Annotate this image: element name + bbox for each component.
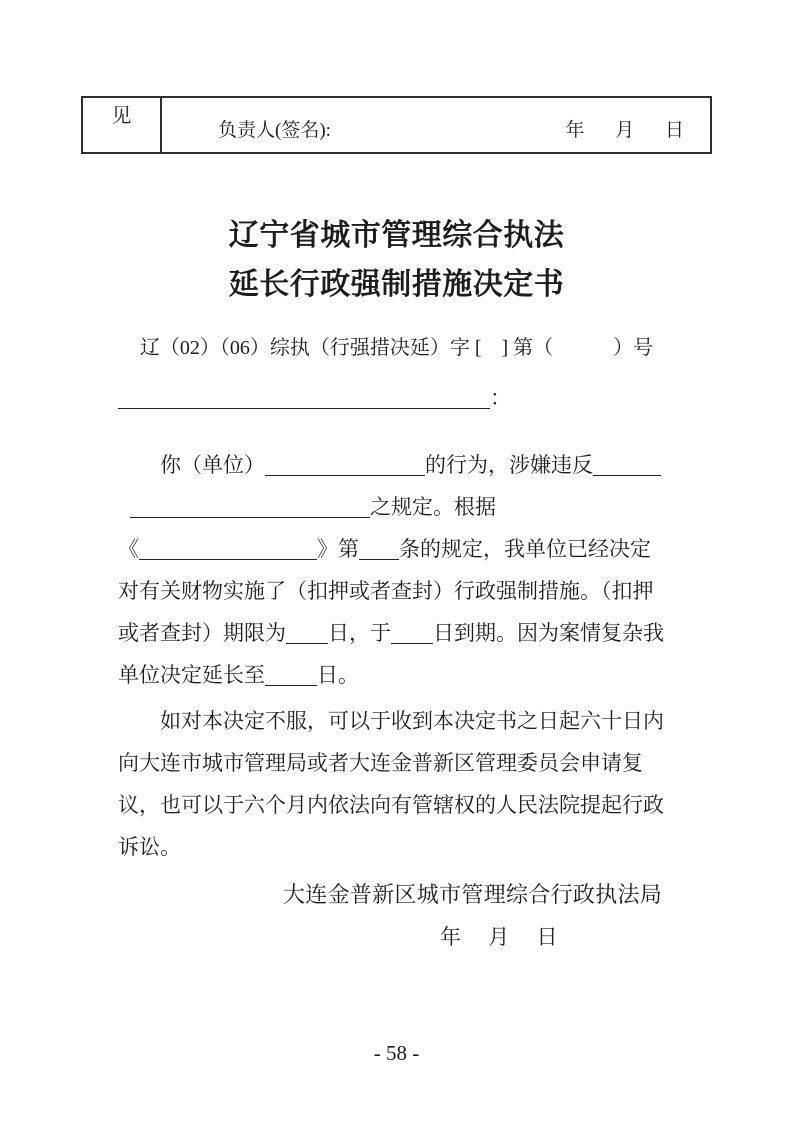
body-segment: 日到期。因为案情复杂我: [433, 621, 664, 645]
body-segment: 《: [118, 537, 139, 561]
body-segment: 如对本决定不服，可以于收到本决定书之日起六十日内: [160, 709, 664, 733]
body-line-7: 如对本决定不服，可以于收到本决定书之日起六十日内: [118, 700, 670, 742]
body-segment: 》第: [317, 537, 359, 561]
body-paragraph-2: 如对本决定不服，可以于收到本决定书之日起六十日内 向大连市城市管理局或者大连金普…: [118, 700, 670, 868]
body-segment: 或者查封）期限为: [118, 621, 286, 645]
issuing-agency-signature: 大连金普新区城市管理综合行政执法局: [283, 878, 662, 909]
document-title-line2: 延长行政强制措施决定书: [0, 260, 793, 309]
blank-field: [265, 453, 425, 476]
header-left-cell-text: 见: [112, 105, 132, 127]
body-segment: 你（单位）: [160, 453, 265, 477]
addressee-blank-field: [118, 386, 490, 409]
header-table: 见 负责人(签名): 年 月 日: [81, 96, 712, 154]
blank-field: [130, 495, 370, 518]
blank-field: [139, 537, 317, 560]
body-segment: 对有关财物实施了（扣押或者查封）行政强制措施。（扣押: [118, 579, 654, 603]
body-segment: 单位决定延长至: [118, 663, 265, 687]
blank-field: [265, 663, 317, 686]
header-table-left-cell: 见: [83, 98, 162, 152]
body-segment: 诉讼。: [118, 835, 181, 859]
body-text: 你（单位）的行为，涉嫌违反 之规定。根据 《》第条的规定，我单位已经决定 对有关…: [118, 444, 670, 868]
signature-date-placeholder: 年 月 日: [440, 921, 558, 951]
body-segment: 日，于: [328, 621, 391, 645]
document-title-line1: 辽宁省城市管理综合执法: [0, 211, 793, 260]
header-table-right-cell: 负责人(签名): 年 月 日: [162, 98, 710, 152]
document-number: 辽（02）（06）综执（行强措决延）字 [ ] 第（ ）号: [0, 331, 793, 360]
body-segment: 议，也可以于六个月内依法向有管辖权的人民法院提起行政: [118, 793, 664, 817]
body-line-9: 议，也可以于六个月内依法向有管辖权的人民法院提起行政: [118, 784, 670, 826]
body-segment: 的行为，涉嫌违反: [425, 453, 593, 477]
blank-field: [593, 453, 661, 476]
page-number: - 58 -: [0, 1041, 793, 1066]
blank-field: [391, 621, 433, 644]
body-line-5: 或者查封）期限为日，于日到期。因为案情复杂我: [118, 612, 670, 654]
body-line-10: 诉讼。: [118, 826, 670, 868]
body-segment: 条的规定，我单位已经决定: [399, 537, 651, 561]
body-line-4: 对有关财物实施了（扣押或者查封）行政强制措施。（扣押: [118, 570, 670, 612]
addressee-line: ：: [118, 385, 511, 411]
document-page: 见 负责人(签名): 年 月 日 辽宁省城市管理综合执法 延长行政强制措施决定书…: [0, 0, 793, 1122]
addressee-colon: ：: [490, 386, 511, 410]
body-line-8: 向大连市城市管理局或者大连金普新区管理委员会申请复: [118, 742, 670, 784]
body-segment: 向大连市城市管理局或者大连金普新区管理委员会申请复: [118, 751, 643, 775]
body-segment: 之规定。根据: [370, 495, 496, 519]
header-date-placeholder: 年 月 日: [565, 115, 684, 142]
blank-field: [359, 537, 399, 560]
body-line-3: 《》第条的规定，我单位已经决定: [118, 528, 670, 570]
document-title: 辽宁省城市管理综合执法 延长行政强制措施决定书: [0, 211, 793, 309]
body-line-2: 之规定。根据: [118, 486, 670, 528]
signer-label: 负责人(签名):: [218, 115, 331, 142]
blank-field: [286, 621, 328, 644]
body-line-1: 你（单位）的行为，涉嫌违反: [118, 444, 670, 486]
body-line-6: 单位决定延长至日。: [118, 654, 670, 696]
body-segment: 日。: [317, 663, 359, 687]
